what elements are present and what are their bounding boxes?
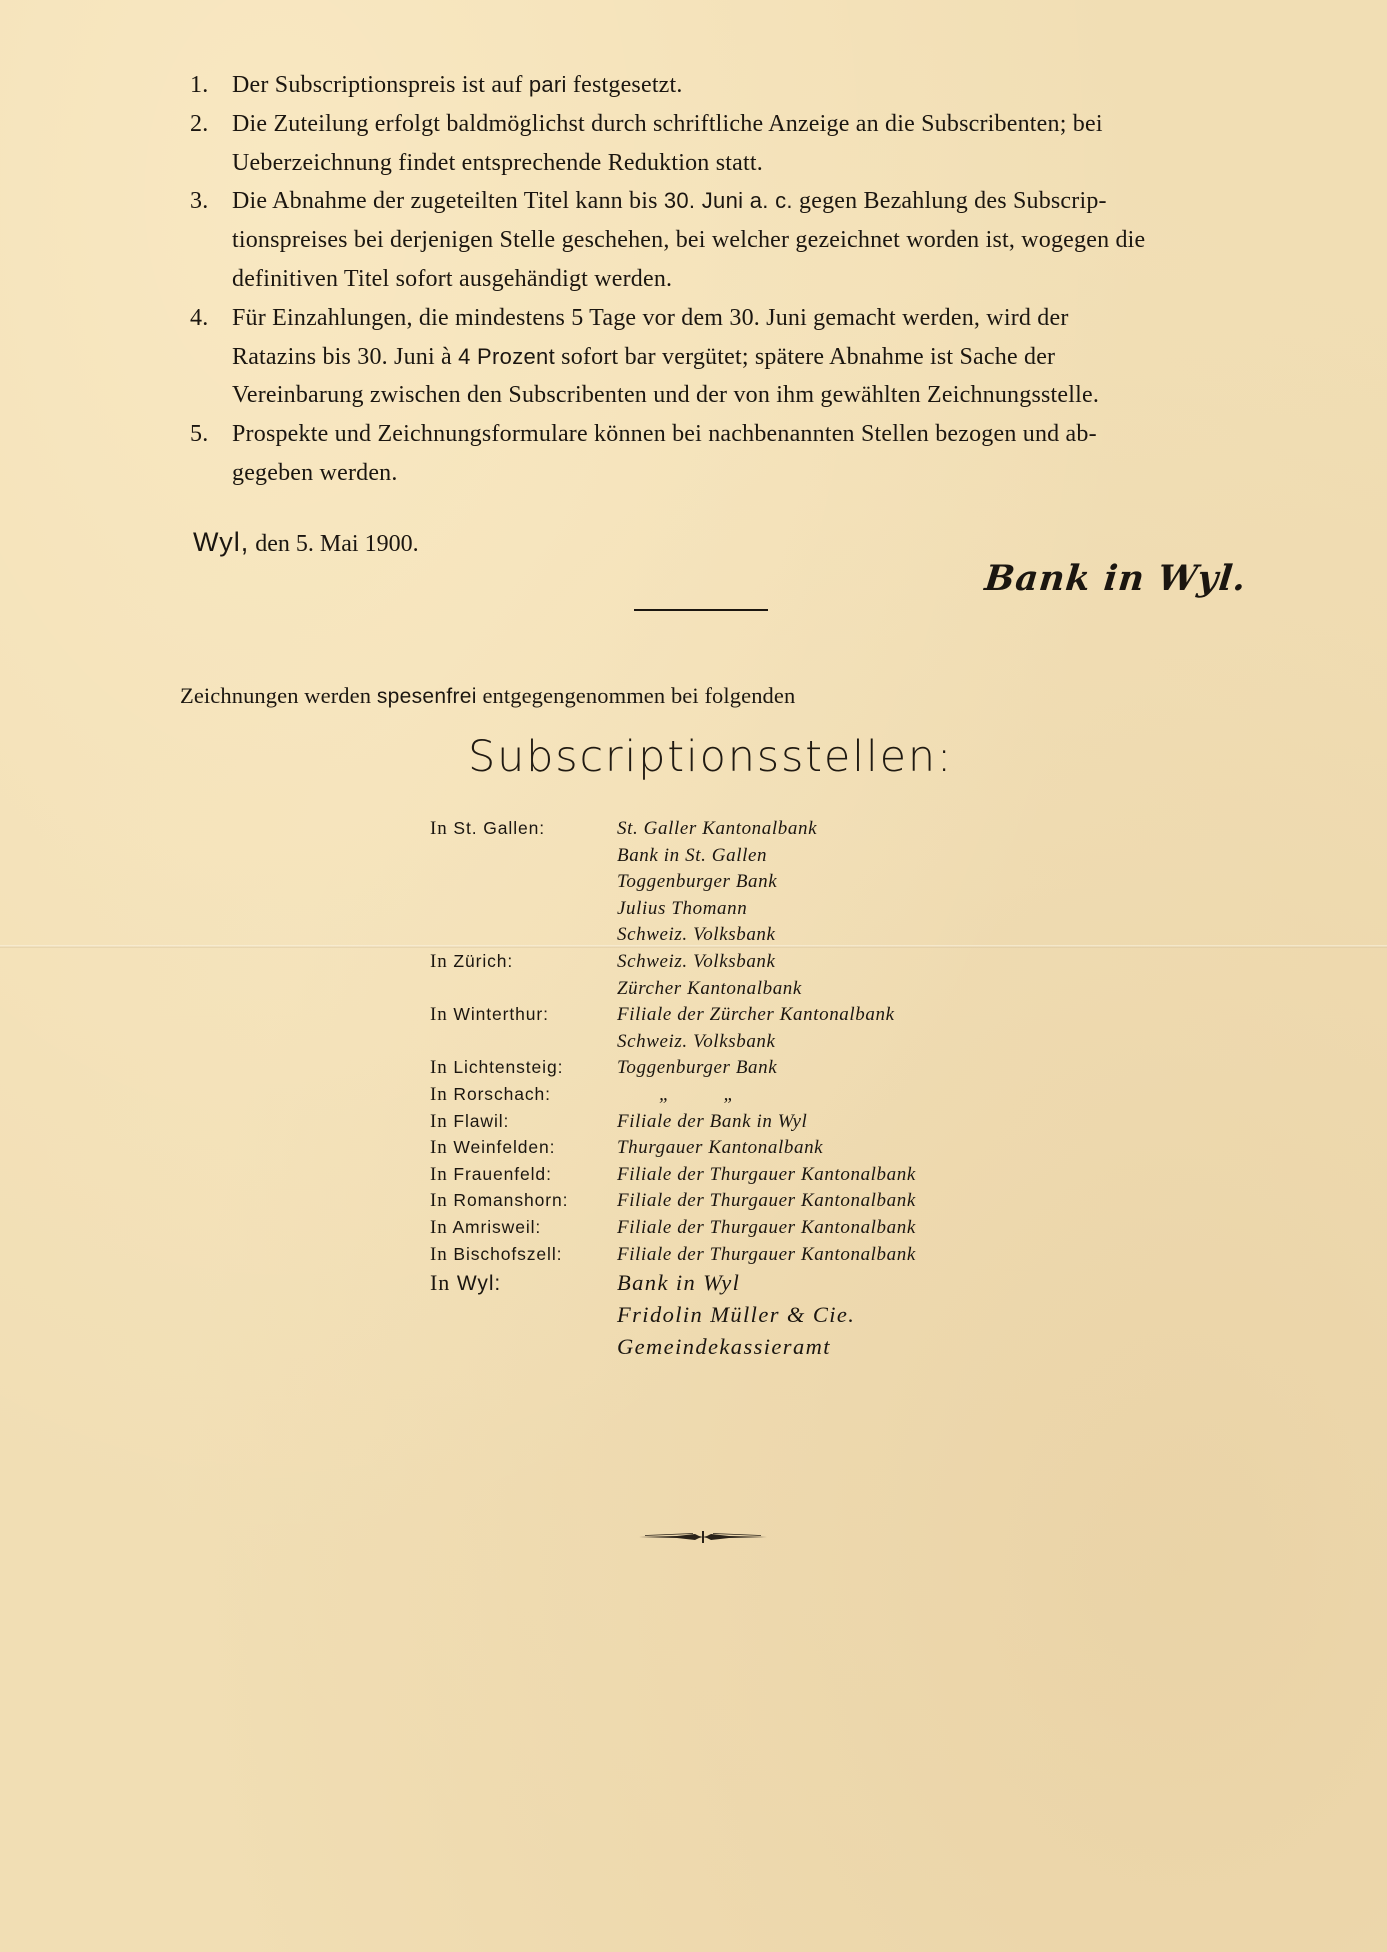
body-text: Prospekte und Zeichnungsformulare können… bbox=[232, 421, 1097, 447]
intro-text: Zeichnungen werden spesenfrei entgegenge… bbox=[180, 683, 795, 709]
place-city: Wyl: bbox=[457, 1272, 501, 1295]
place-row: In Lichtensteig:Toggenburger Bank bbox=[430, 1057, 990, 1084]
place-in-prefix: In bbox=[430, 1164, 448, 1185]
place-city-label: In Flawil: bbox=[430, 1111, 617, 1133]
dateline: Wyl, den 5. Mai 1900. bbox=[193, 527, 419, 558]
place-bank-name: Thurgauer Kantonalbank bbox=[617, 1137, 823, 1159]
condition-number: 3. bbox=[190, 182, 208, 221]
ornament-divider-icon bbox=[637, 1530, 769, 1544]
place-bank-name: Filiale der Bank in Wyl bbox=[617, 1111, 807, 1133]
place-city: Frauenfeld: bbox=[453, 1164, 551, 1184]
place-city-label: In Zürich: bbox=[430, 951, 617, 973]
place-row: In Weinfelden:Thurgauer Kantonalbank bbox=[430, 1137, 990, 1164]
condition-item: 1.Der Subscriptionspreis ist auf pari fe… bbox=[190, 66, 1280, 105]
place-row: In St. Gallen:St. Galler Kantonalbank bbox=[430, 818, 990, 845]
body-text: definitiven Titel sofort ausgehändigt we… bbox=[232, 266, 672, 292]
place-city: Zürich: bbox=[453, 951, 513, 971]
condition-item: 4.Für Einzahlungen, die mindestens 5 Tag… bbox=[190, 299, 1280, 415]
place-bank-name: Zürcher Kantonalbank bbox=[617, 978, 802, 1000]
place-row: In Zürich:Schweiz. Volksbank bbox=[430, 951, 990, 978]
place-city: Bischofszell: bbox=[453, 1244, 562, 1264]
condition-line: Ueberzeichnung findet entsprechende Redu… bbox=[232, 144, 1280, 183]
place-row: In Frauenfeld:Filiale der Thurgauer Kant… bbox=[430, 1164, 990, 1191]
emphasis-text: 30. Juni a. c. bbox=[664, 188, 793, 213]
body-text: Vereinbarung zwischen den Subscribenten … bbox=[232, 382, 1099, 408]
place-in-prefix: In bbox=[430, 818, 448, 839]
place-in-prefix: In bbox=[430, 1190, 448, 1211]
condition-number: 1. bbox=[190, 66, 208, 105]
intro-before: Zeichnungen werden bbox=[180, 683, 377, 708]
subscription-places-list: In St. Gallen:St. Galler KantonalbankBan… bbox=[430, 818, 990, 1366]
place-bank-name: Gemeindekassieramt bbox=[617, 1334, 831, 1360]
place-row: In Wyl:Bank in Wyl bbox=[430, 1270, 990, 1302]
place-row: In Amrisweil:Filiale der Thurgauer Kanto… bbox=[430, 1217, 990, 1244]
place-in-prefix: In bbox=[430, 1057, 448, 1078]
place-row: Schweiz. Volksbank bbox=[430, 1031, 990, 1058]
place-bank-name: Filiale der Thurgauer Kantonalbank bbox=[617, 1164, 916, 1186]
body-text: Für Einzahlungen, die mindestens 5 Tage … bbox=[232, 305, 1069, 331]
place-row: In Romanshorn:Filiale der Thurgauer Kant… bbox=[430, 1190, 990, 1217]
condition-item: 2.Die Zuteilung erfolgt baldmöglichst du… bbox=[190, 105, 1280, 183]
place-bank-name: Toggenburger Bank bbox=[617, 1057, 777, 1079]
place-city: Winterthur: bbox=[453, 1004, 548, 1024]
place-city: Lichtensteig: bbox=[453, 1057, 563, 1077]
place-row: Zürcher Kantonalbank bbox=[430, 978, 990, 1005]
place-bank-name: „ „ bbox=[617, 1084, 735, 1106]
condition-line: definitiven Titel sofort ausgehändigt we… bbox=[232, 260, 1280, 299]
condition-number: 5. bbox=[190, 415, 208, 454]
dateline-date: den 5. Mai 1900. bbox=[255, 531, 418, 557]
emphasis-text: 4 Prozent bbox=[458, 344, 555, 369]
place-city-label: In Amrisweil: bbox=[430, 1217, 617, 1239]
body-text: sofort bar vergütet; spätere Abnahme ist… bbox=[555, 344, 1055, 370]
body-text: festgesetzt. bbox=[567, 72, 683, 98]
condition-line: Ratazins bis 30. Juni à 4 Prozent sofort… bbox=[232, 338, 1280, 377]
place-row: Bank in St. Gallen bbox=[430, 845, 990, 872]
place-in-prefix: In bbox=[430, 1137, 448, 1158]
place-row: In Rorschach:„ „ bbox=[430, 1084, 990, 1111]
place-city-label: In Rorschach: bbox=[430, 1084, 617, 1106]
place-bank-name: St. Galler Kantonalbank bbox=[617, 818, 817, 840]
place-bank-name: Schweiz. Volksbank bbox=[617, 951, 776, 973]
horizontal-rule bbox=[634, 609, 768, 611]
condition-line: Der Subscriptionspreis ist auf pari fest… bbox=[232, 66, 1280, 105]
condition-line: Die Abnahme der zugeteilten Titel kann b… bbox=[232, 182, 1280, 221]
condition-line: Die Zuteilung erfolgt baldmöglichst durc… bbox=[232, 105, 1280, 144]
place-city-label: In Winterthur: bbox=[430, 1004, 617, 1026]
signature: Bank in Wyl. bbox=[983, 558, 1249, 599]
body-text: Der Subscriptionspreis ist auf bbox=[232, 72, 529, 98]
place-bank-name: Julius Thomann bbox=[617, 898, 747, 920]
place-in-prefix: In bbox=[430, 951, 448, 972]
place-row: In Winterthur:Filiale der Zürcher Kanton… bbox=[430, 1004, 990, 1031]
place-in-prefix: In bbox=[430, 1244, 448, 1265]
body-text: Die Zuteilung erfolgt baldmöglichst durc… bbox=[232, 111, 1103, 137]
condition-number: 4. bbox=[190, 299, 208, 338]
condition-item: 5.Prospekte und Zeichnungsformulare könn… bbox=[190, 415, 1280, 493]
condition-item: 3.Die Abnahme der zugeteilten Titel kann… bbox=[190, 182, 1280, 298]
place-in-prefix: In bbox=[430, 1111, 448, 1132]
place-city-label: In Romanshorn: bbox=[430, 1190, 617, 1212]
place-city: Weinfelden: bbox=[453, 1137, 555, 1157]
place-city-label: In Bischofszell: bbox=[430, 1244, 617, 1266]
body-text: Ratazins bis 30. Juni à bbox=[232, 344, 458, 370]
place-row: Schweiz. Volksbank bbox=[430, 924, 990, 951]
condition-line: gegeben werden. bbox=[232, 454, 1280, 493]
place-in-prefix: In bbox=[430, 1270, 450, 1295]
place-bank-name: Bank in Wyl bbox=[617, 1270, 740, 1296]
place-bank-name: Schweiz. Volksbank bbox=[617, 1031, 776, 1053]
place-row: Toggenburger Bank bbox=[430, 871, 990, 898]
place-bank-name: Schweiz. Volksbank bbox=[617, 924, 776, 946]
body-text: gegeben werden. bbox=[232, 460, 398, 486]
place-row: Fridolin Müller & Cie. bbox=[430, 1302, 990, 1334]
place-city-label: In Weinfelden: bbox=[430, 1137, 617, 1159]
emphasis-text: pari bbox=[529, 72, 567, 97]
condition-number: 2. bbox=[190, 105, 208, 144]
body-text: Ueberzeichnung findet entsprechende Redu… bbox=[232, 150, 763, 176]
place-city: Romanshorn: bbox=[453, 1190, 568, 1210]
intro-emphasis: spesenfrei bbox=[377, 685, 477, 708]
conditions-list: 1.Der Subscriptionspreis ist auf pari fe… bbox=[190, 66, 1280, 493]
place-row: In Flawil:Filiale der Bank in Wyl bbox=[430, 1111, 990, 1138]
condition-line: tionspreises bei derjenigen Stelle gesch… bbox=[232, 221, 1280, 260]
place-city-label: In Wyl: bbox=[430, 1270, 617, 1296]
section-heading: Subscriptionsstellen: bbox=[468, 732, 953, 782]
place-city-label: In Lichtensteig: bbox=[430, 1057, 617, 1079]
dateline-place: Wyl, bbox=[193, 527, 249, 557]
place-bank-name: Filiale der Zürcher Kantonalbank bbox=[617, 1004, 895, 1026]
place-row: Julius Thomann bbox=[430, 898, 990, 925]
place-row: Gemeindekassieramt bbox=[430, 1334, 990, 1366]
place-in-prefix: In bbox=[430, 1004, 448, 1025]
place-row: In Bischofszell:Filiale der Thurgauer Ka… bbox=[430, 1244, 990, 1271]
place-bank-name: Filiale der Thurgauer Kantonalbank bbox=[617, 1217, 916, 1239]
place-bank-name: Fridolin Müller & Cie. bbox=[617, 1302, 855, 1328]
condition-line: Prospekte und Zeichnungsformulare können… bbox=[232, 415, 1280, 454]
place-bank-name: Filiale der Thurgauer Kantonalbank bbox=[617, 1190, 916, 1212]
place-city: St. Gallen: bbox=[453, 818, 545, 838]
place-bank-name: Bank in St. Gallen bbox=[617, 845, 767, 867]
place-city-label: In Frauenfeld: bbox=[430, 1164, 617, 1186]
place-city-label: In St. Gallen: bbox=[430, 818, 617, 840]
body-text: tionspreises bei derjenigen Stelle gesch… bbox=[232, 227, 1145, 253]
place-bank-name: Toggenburger Bank bbox=[617, 871, 777, 893]
place-in-prefix: In bbox=[430, 1084, 448, 1105]
place-bank-name: Filiale der Thurgauer Kantonalbank bbox=[617, 1244, 916, 1266]
place-city: Rorschach: bbox=[453, 1084, 551, 1104]
place-city: Flawil: bbox=[453, 1111, 509, 1131]
condition-line: Vereinbarung zwischen den Subscribenten … bbox=[232, 376, 1280, 415]
body-text: gegen Bezahlung des Subscrip- bbox=[793, 188, 1107, 214]
body-text: Die Abnahme der zugeteilten Titel kann b… bbox=[232, 188, 664, 214]
place-in-prefix: In bbox=[430, 1217, 448, 1238]
place-city: Amrisweil: bbox=[452, 1217, 541, 1237]
intro-after: entgegengenommen bei folgenden bbox=[477, 683, 796, 708]
condition-line: Für Einzahlungen, die mindestens 5 Tage … bbox=[232, 299, 1280, 338]
